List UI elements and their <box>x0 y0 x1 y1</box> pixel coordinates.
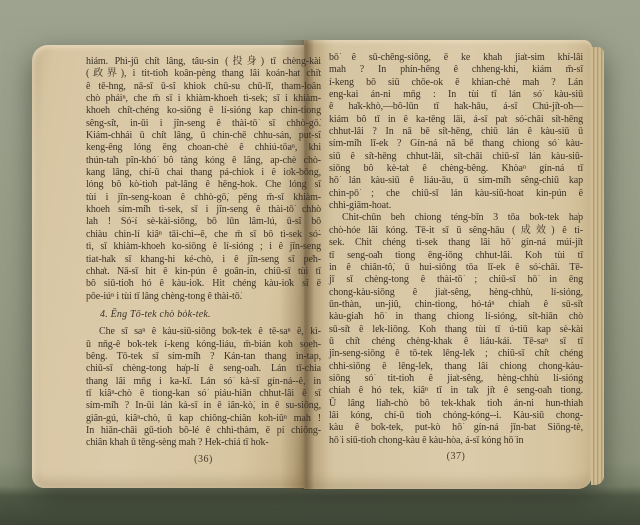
text-line: bō͘ ê sū-chêng-siōng, ē ke khah jia̍t-si… <box>329 52 583 64</box>
text-line: chò-hóe lâi kóng. Tē-it sī ū sêng-hāu (成… <box>329 225 583 237</box>
text-line: mah ? In phín-hēng ê chheng-khì, kiám m̄… <box>329 64 583 76</box>
text-line: tì, sī khiàm-khoeh ko-siōng ê lí-sióng ;… <box>86 241 321 253</box>
text-line: Kiám-chhái ū chi̍t lâng, ū chin-chē chhu… <box>86 130 321 142</box>
paragraph: Che sī saⁿ ê kàu-siū-siōng bo̍k-tek ê tē… <box>86 326 321 449</box>
text-line: pōe-iúⁿ i tùi tī lâng chèng-tong ê thài-… <box>86 291 321 303</box>
text-line: tī seng-oa̍h tiong ēng-iōng chhut-lâi. K… <box>329 250 583 262</box>
text-line: sím-mi̍h lī-ek ? Gín-ná nā bē thang chio… <box>329 138 583 150</box>
text-line: chong-kàu-siōng ê jia̍t-sêng, hèng-chhù,… <box>329 287 583 299</box>
text-line: chiū-sī chèng-tong ha̍p-lí ê seng-oa̍h. … <box>86 363 321 375</box>
text-line: chha̍t. Nā-sī hit ê kin-pún ê goân-in, c… <box>86 266 321 278</box>
text-line: bô siū-tio̍h hó ê kàu-io̍k. Hit chéng kà… <box>86 278 321 290</box>
text-line: ê ha̍k-khò,—bô-lūn tī ha̍k-hāu, á-sī Chú… <box>329 101 583 113</box>
text-line: sêng-si̍t, in-ūi i jîn-seng ê thài-tō͘ s… <box>86 118 321 130</box>
text-line: chò pháiⁿ, che m̄ sī i khiàm-khoeh tì-se… <box>86 93 321 105</box>
open-book: hiám. Phì-jū chi̍t lâng, tâu-sin (投身) tī… <box>32 40 604 490</box>
text-line: thún-ta̍h pîn-khó͘ bô tàng kóng ê lâng, … <box>86 155 321 167</box>
text-line: chiàu chin-lí kiâⁿ tāi-chì--ê, che m̄ sī… <box>86 229 321 241</box>
text-line: sím-mi̍h ? In-ūi lán kà-sī in ê iân-kò͘,… <box>86 400 321 412</box>
left-page-blocks: hiám. Phì-jū chi̍t lâng, tâu-sin (投身) tī… <box>86 56 321 450</box>
text-line: tī kiâⁿ-chò ê tiong-kan só͘ piáu-hiān ch… <box>86 388 321 400</box>
text-line: chhì-siōng ê lêng-le̍k, thang lâi chiong… <box>329 361 583 373</box>
text-line: in ê chiân-tô͘, ū hui-siông tōa lī-ek ê … <box>329 262 583 274</box>
text-line: Ū lâng lia̍h-chò bô tek-khak tio̍h án-ni… <box>329 398 583 410</box>
left-page-text: hiám. Phì-jū chi̍t lâng, tâu-sin (投身) tī… <box>86 56 321 466</box>
text-line: sū-si̍t ê le̍k-liōng. Koh thang tùi tī ú… <box>329 324 583 336</box>
text-line: ê tē-hng, nā-sī ū-sî khiok chū-su chū-lī… <box>86 81 321 93</box>
right-page-blocks: bō͘ ê sū-chêng-siōng, ē ke khah jia̍t-si… <box>329 52 583 447</box>
text-line: eng-kai án-ni mn̄g : In tùi tī lán só͘ k… <box>329 89 583 101</box>
paragraph: Chit-chūn beh chiong téng-bīn 3 tōa bo̍k… <box>329 212 583 447</box>
page-fore-edge <box>591 47 604 485</box>
text-line: chhut-lâi ? In nā bē si̍t-hēng, chiū lán… <box>329 126 583 138</box>
section-heading: 4. Ēng Tō-tek chò bo̍k-tek. <box>100 309 321 321</box>
text-line: khoeh chi̍t-chéng ko-siōng ê lí-sióng ka… <box>86 105 321 117</box>
text-line: hō͘ lán kàu-siū ê liáu-āu, ū sím-mi̍h sê… <box>329 175 583 187</box>
page-number-left: (36) <box>86 454 321 466</box>
text-line: tiat-ha̍k sī khang-hi ké-chò, i ê jîn-se… <box>86 254 321 266</box>
text-line: ū nn̄g-ê bo̍k-tek í-keng kóng-liáu, m̄-b… <box>86 339 321 351</box>
text-line: lâi kóng, chí-ū tio̍h chóng-kóng--i. Kàu… <box>329 410 583 422</box>
text-line: Chit-chūn beh chiong téng-bīn 3 tōa bo̍k… <box>329 212 583 224</box>
page-number-right: (37) <box>329 451 583 463</box>
text-line: ū chi̍t chéng chèng-khak ê liáu-kái. Tē-… <box>329 336 583 348</box>
right-page-text: bō͘ ê sū-chêng-siōng, ē ke khah jia̍t-si… <box>329 52 583 463</box>
text-line: tùi i jîn-seng-koan ê chhò-gō͘, pēng m̄-… <box>86 192 321 204</box>
text-line: chìn-pō͘ ; che chiū-sī lán kàu-siū-hoat … <box>329 188 583 200</box>
text-line: sek. Chit chéng tì-sek thang lâi hō͘ gín… <box>329 237 583 249</box>
text-line: hō͘ i siū-tio̍h chong-kàu ê kàu-hòa, á-s… <box>329 435 583 447</box>
text-line: lóng bô kò͘-tio̍h pa̍t-lâng ê hēng-hok. … <box>86 179 321 191</box>
text-line: chhì-giām-hoat. <box>329 200 583 212</box>
text-line: siōng só͘ tit-tio̍h ê jia̍t-sêng, hèng-c… <box>329 373 583 385</box>
paragraph: hiám. Phì-jū chi̍t lâng, tâu-sin (投身) tī… <box>86 56 321 303</box>
text-line: kang lâng, chí-ū chai thang pá-chiok i ê… <box>86 167 321 179</box>
text-line: siū ê si̍t-hēng chhut-lâi, si̍t-chāi chi… <box>329 151 583 163</box>
text-line: chiân khah ū tēng-sèng mah ? He̍k-chiá t… <box>86 437 321 449</box>
text-line: siōng bô kè-ta̍t ê chèng-bêng. Khòaⁿ gín… <box>329 163 583 175</box>
text-line: jī sī chèng-tong ê thài-tō͘ ; chiū-sī hō… <box>329 274 583 286</box>
text-line: Che sī saⁿ ê kàu-siū-siōng bo̍k-tek ê tē… <box>86 326 321 338</box>
text-line: ūn-thàn, un-jiû, chin-tiong, hó-táⁿ chia… <box>329 299 583 311</box>
text-line: kàu ê bo̍k-tek, put-kò hō͘ gín-ná jīn-ba… <box>329 422 583 434</box>
text-line: jîn-seng-siōng ê tō-tek lêng-le̍k ; chiū… <box>329 348 583 360</box>
text-line: giân-gú, kiâⁿ-chò, ū kap chiông-chiân ko… <box>86 413 321 425</box>
text-line: lah ! Só͘-í sè-kài-siōng, bô lūn lâm-lú,… <box>86 216 321 228</box>
text-line: chiah ê hó tek, kiâⁿ tī in ta̍k ji̍t ê s… <box>329 385 583 397</box>
text-line: khoeh sím-mi̍h tì-sek, sī i jîn-seng ê t… <box>86 204 321 216</box>
text-line: kàu-gia̍h hō͘ in thang chiong lí-sióng, … <box>329 311 583 323</box>
text-line: thang lâi mn̄g i ka-kī. Lán só͘ kà-sī gí… <box>86 376 321 388</box>
text-line: (政界), i tit-tio̍h koân-pèng thang lâi ko… <box>86 68 321 80</box>
text-line: kiám bô tī in ê ka-tēng lāi, á-sī pa̍t s… <box>329 114 583 126</box>
text-line: í-keng bô siū chōe-ok ê khian-chè mah ? … <box>329 77 583 89</box>
paragraph: bō͘ ê sū-chêng-siōng, ē ke khah jia̍t-si… <box>329 52 583 212</box>
text-line: keng-êng lóng ēng choan-chè ê chhiú-tōaⁿ… <box>86 142 321 154</box>
text-line: hiám. Phì-jū chi̍t lâng, tâu-sin (投身) tī… <box>86 56 321 68</box>
text-line: 4. Ēng Tō-tek chò bo̍k-tek. <box>100 309 321 321</box>
text-line: bêng. Tō-tek sī sím-mi̍h ? Kán-tan thang… <box>86 351 321 363</box>
text-line: In hiān-chāi gū-tio̍h bô-lé ê chhì-thàm,… <box>86 425 321 437</box>
